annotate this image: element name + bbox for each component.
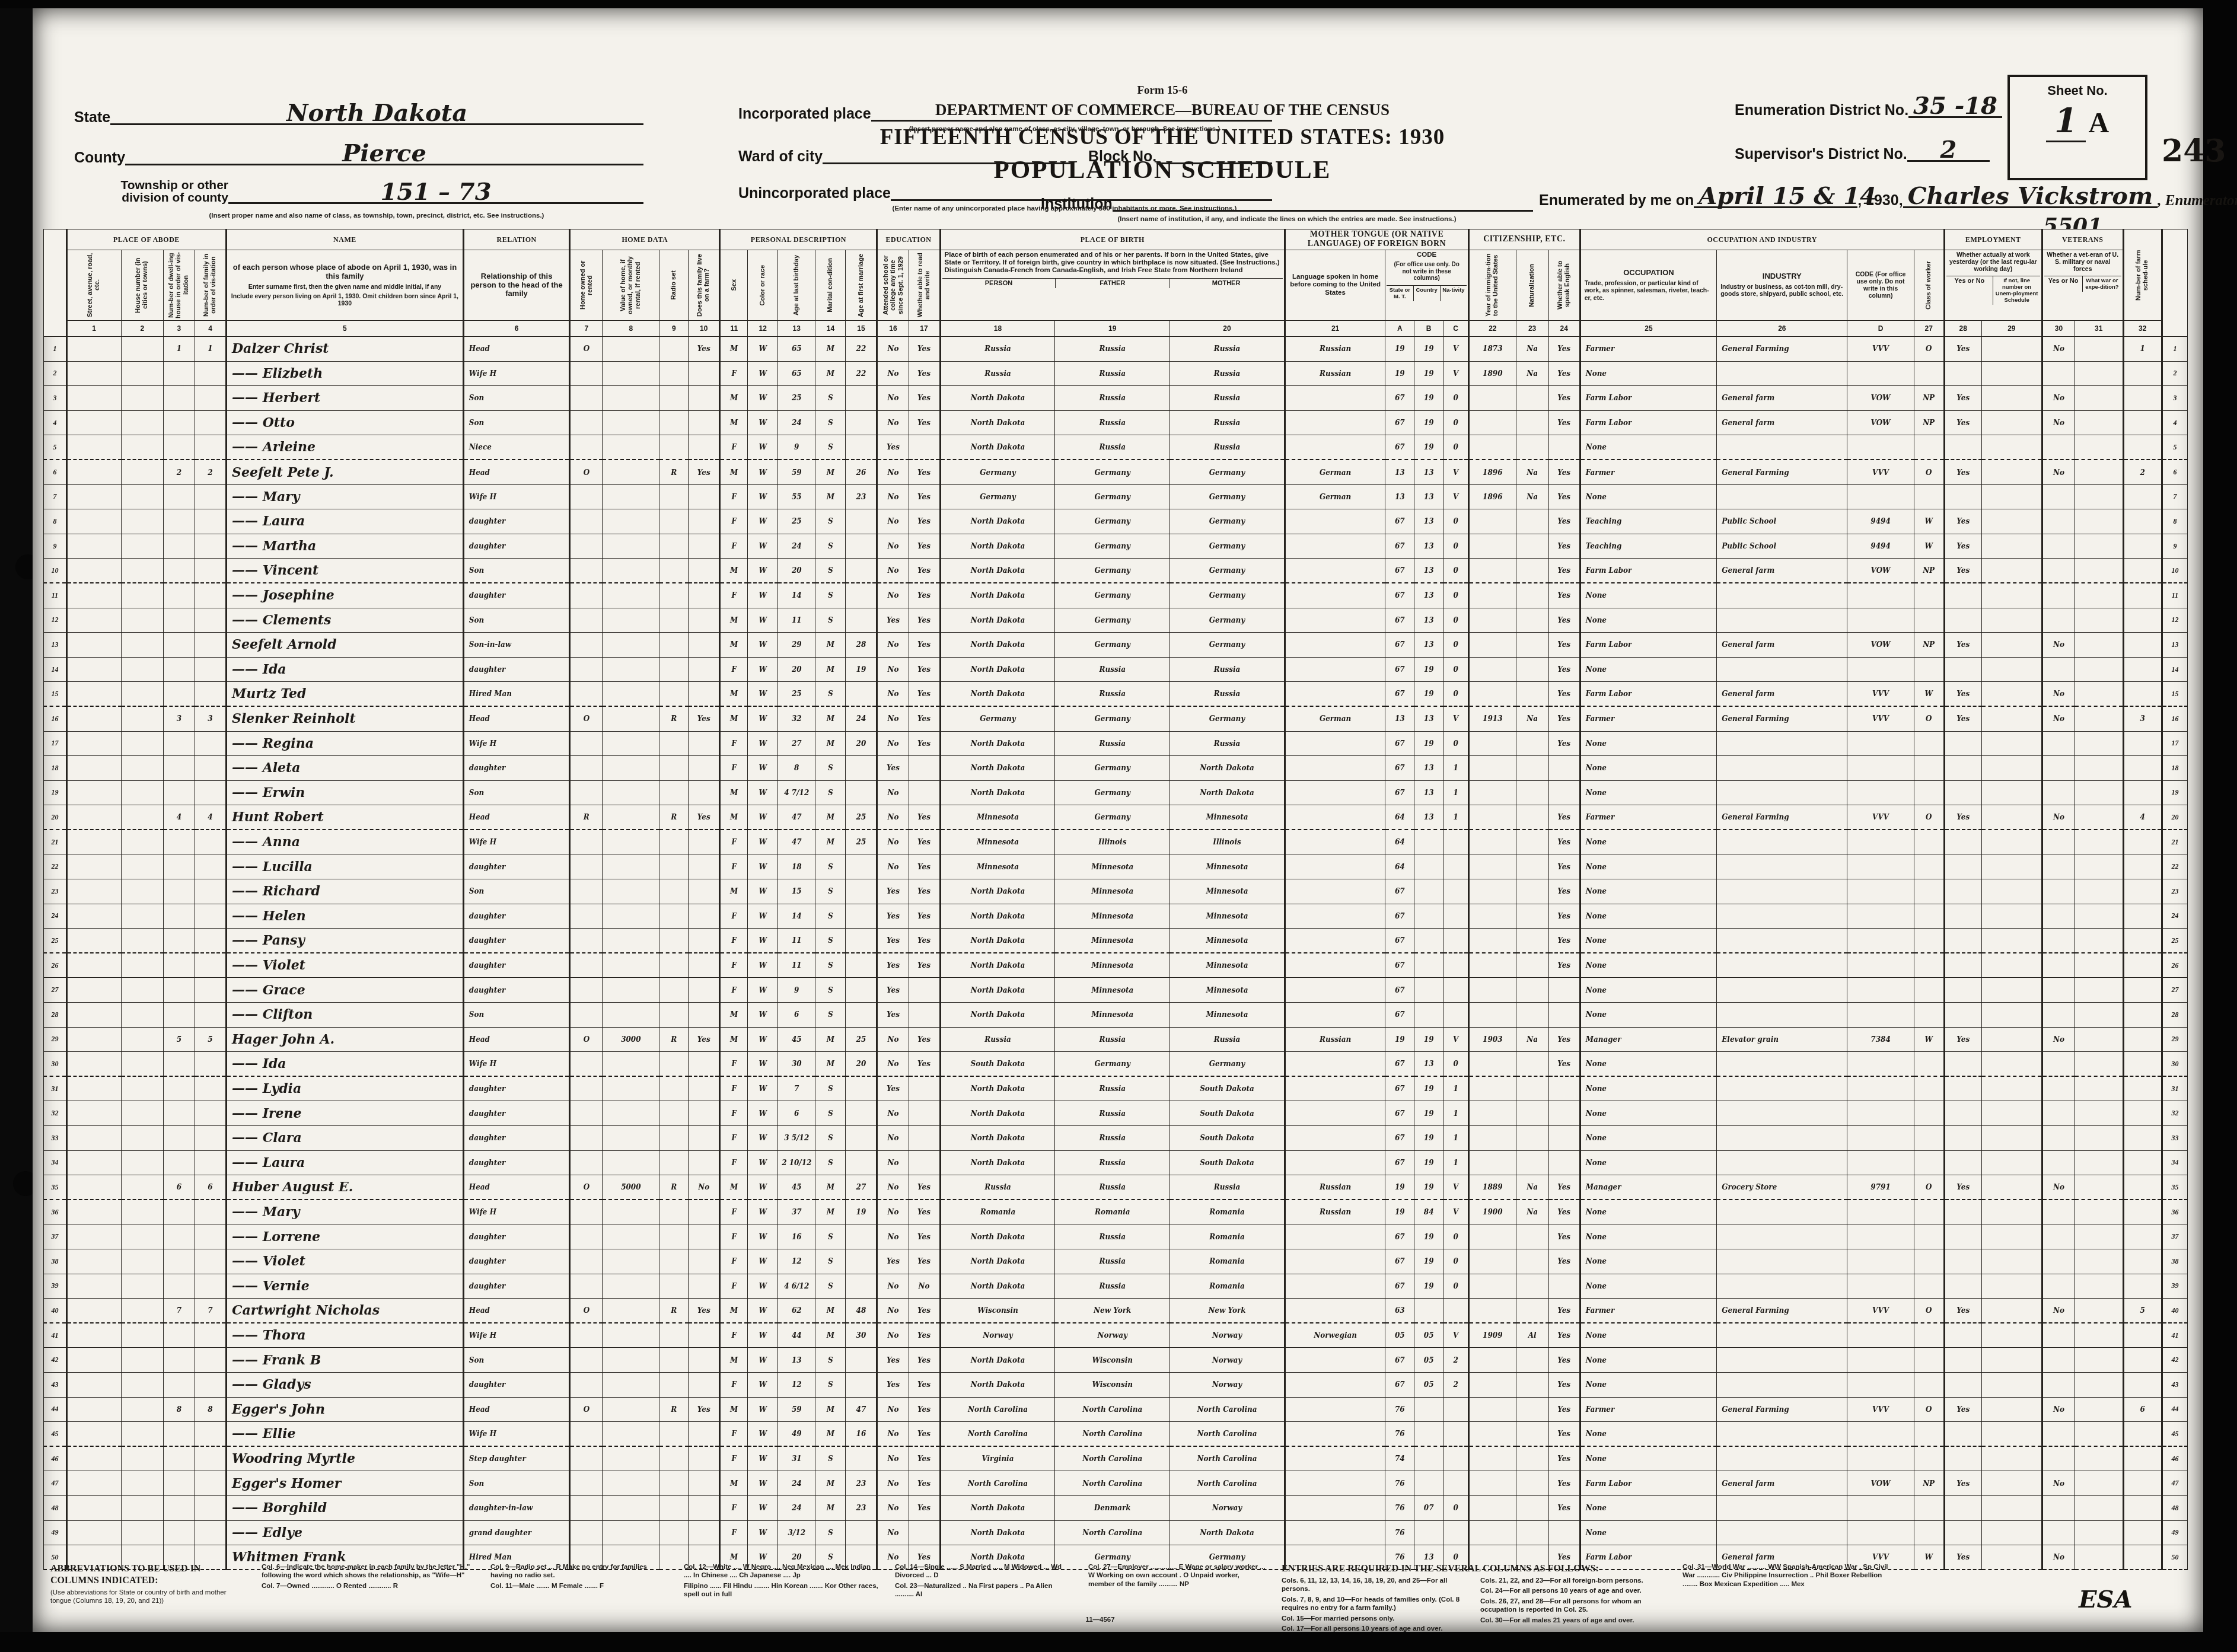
person-row-4: 4—— OttoSonMW24SNoYesNorth DakotaRussiaR… xyxy=(44,410,2188,435)
person-row-11: 11—— JosephinedaughterFW14SNoYesNorth Da… xyxy=(44,583,2188,608)
block-label: Block No. xyxy=(1088,149,1156,164)
enumeration-district-field: Enumeration District No. 35 -18 xyxy=(1735,96,1990,118)
scan-top-edge xyxy=(0,0,2237,8)
col27-block: Col. 27—Employer .............. E Wage o… xyxy=(1088,1563,1266,1590)
person-row-2: 2—— ElizbethWife HFW65M22NoYesRussiaRuss… xyxy=(44,361,2188,386)
person-row-23: 23—— RichardSonMW15SYesYesNorth DakotaMi… xyxy=(44,879,2188,904)
person-row-48: 48—— Borghilddaughter-in-lawFW24M23NoYes… xyxy=(44,1495,2188,1520)
person-row-45: 45—— EllieWife HFW49M16NoYesNorth Caroli… xyxy=(44,1422,2188,1447)
unincorporated-label: Unincorporated place xyxy=(738,186,891,201)
scan-left-edge xyxy=(0,0,33,1652)
col6-7-block: Col. 6—Indicate the home-maker in each f… xyxy=(262,1563,475,1592)
enumerated-year: , 1930, xyxy=(1857,193,1903,208)
footer-legend: ABBREVIATIONS TO BE USED IN COLUMNS INDI… xyxy=(50,1563,2055,1638)
person-row-25: 25—— PansydaughterFW11SYesYesNorth Dakot… xyxy=(44,929,2188,953)
person-row-37: 37—— LorrenedaughterFW16SNoYesNorth Dako… xyxy=(44,1224,2188,1249)
supervisor-district-field: Supervisor's District No. 2 xyxy=(1735,140,1990,162)
incorporated-note: (Insert proper name and also name of cla… xyxy=(851,126,1278,133)
person-row-6: 622Seefelt Pete J.HeadORYesMW59M26NoYesG… xyxy=(44,460,2188,484)
person-row-10: 10—— VincentSonMW20SNoYesNorth DakotaGer… xyxy=(44,559,2188,583)
person-row-32: 32—— IrenedaughterFW6SNoNorth DakotaRuss… xyxy=(44,1101,2188,1126)
enumerated-label: Enumerated by me on xyxy=(1539,193,1694,208)
entries-list-b: Cols. 21, 22, and 23—For all foreign-bor… xyxy=(1480,1577,1667,1635)
print-code: 11—4567 xyxy=(982,1616,1219,1624)
col31-block: Col. 31—World War .......... WW Spanish-… xyxy=(1682,1563,1896,1590)
person-row-22: 22—— LucilladaughterFW18SNoYesMinnesotaM… xyxy=(44,854,2188,879)
enumerated-field: Enumerated by me on April 15 & 14 , 1930… xyxy=(1539,186,2191,208)
entries-required-block: ENTRIES ARE REQUIRED IN THE SEVERAL COLU… xyxy=(1282,1563,1667,1638)
person-row-31: 31—— LydiadaughterFW7SYesNorth DakotaRus… xyxy=(44,1076,2188,1101)
person-row-47: 47Egger's HomerSonMW24M23NoYesNorth Caro… xyxy=(44,1471,2188,1496)
person-row-19: 19—— ErwinSonMW4 7/12SNoNorth DakotaGerm… xyxy=(44,780,2188,805)
col9-11-block: Col. 9—Radio set ... R Make no entry for… xyxy=(490,1563,668,1592)
person-row-21: 21—— AnnaWife HFW47M25NoYesMinnesotaIlli… xyxy=(44,830,2188,854)
enumerator-suffix: , Enumerator. xyxy=(2158,193,2237,208)
person-row-33: 33—— ClaradaughterFW3 5/12SNoNorth Dakot… xyxy=(44,1126,2188,1151)
form-number: Form 15-6 xyxy=(792,84,1533,97)
supervisor-district-label: Supervisor's District No. xyxy=(1735,147,1907,162)
person-row-5: 5—— ArleineNieceFW9SYesNorth DakotaRussi… xyxy=(44,435,2188,460)
abbreviations-block: ABBREVIATIONS TO BE USED IN COLUMNS INDI… xyxy=(50,1563,246,1608)
person-row-39: 39—— VerniedaughterFW4 6/12SNoNoNorth Da… xyxy=(44,1274,2188,1299)
person-row-26: 26—— VioletdaughterFW11SYesYesNorth Dako… xyxy=(44,953,2188,978)
person-row-35: 3566Huber August E.HeadO5000RNoMW45M27No… xyxy=(44,1175,2188,1200)
person-row-30: 30—— IdaWife HFW30M20NoYesSouth DakotaGe… xyxy=(44,1052,2188,1077)
incorporated-field: Incorporated place xyxy=(738,107,1272,122)
person-row-36: 36—— MaryWife HFW37M19NoYesRomaniaRomani… xyxy=(44,1200,2188,1224)
county-value: Pierce xyxy=(125,143,643,165)
person-row-42: 42—— Frank BSonMW13SYesYesNorth DakotaWi… xyxy=(44,1348,2188,1373)
ward-label: Ward of city xyxy=(738,149,823,164)
census-scan-page: { "header": { "form_no": "Form 15-6", "d… xyxy=(0,0,2237,1652)
enumerator-name: Charles Vickstrom xyxy=(1903,186,2158,208)
population-schedule-table: PLACE OF ABODE NAME RELATION HOME DATA P… xyxy=(43,229,2188,1570)
col14-23-block: Col. 14—Single ...... S Married ..... M … xyxy=(895,1563,1073,1601)
person-row-1: 111Dalzer ChristHeadOYesMW65M22NoYesRuss… xyxy=(44,337,2188,362)
ward-field: Ward of city xyxy=(738,149,1070,164)
person-row-16: 1633Slenker ReinholtHeadORYesMW32M24NoYe… xyxy=(44,706,2188,731)
person-row-7: 7—— MaryWife HFW55M23NoYesGermanyGermany… xyxy=(44,484,2188,509)
col12-block: Col. 12—White .... W Negro .... Neg Mexi… xyxy=(684,1563,879,1601)
handwritten-esa: ESA xyxy=(2079,1586,2132,1613)
person-row-24: 24—— HelendaughterFW14SYesYesNorth Dakot… xyxy=(44,904,2188,929)
person-row-29: 2955Hager John A.HeadO3000RYesMW45M25NoY… xyxy=(44,1027,2188,1052)
sheet-number-box: Sheet No. 1 A xyxy=(2007,75,2147,180)
institution-field: Institution xyxy=(1041,197,1533,212)
page-stamp: 243 xyxy=(2162,133,2226,169)
county-label: County xyxy=(74,151,125,165)
incorporated-label: Incorporated place xyxy=(738,107,871,122)
township-field: Township or other division of county 151… xyxy=(74,179,643,204)
enumerated-date: April 15 & 14 xyxy=(1694,186,1857,208)
institution-label: Institution xyxy=(1041,197,1113,212)
state-label: State xyxy=(74,110,110,125)
person-row-40: 4077Cartwright NicholasHeadORYesMW62M48N… xyxy=(44,1299,2188,1323)
person-row-12: 12—— ClementsSonMW11SYesYesNorth DakotaG… xyxy=(44,608,2188,633)
supervisor-district-value: 2 xyxy=(1907,140,1990,162)
person-row-3: 3—— HerbertSonMW25SNoYesNorth DakotaRuss… xyxy=(44,386,2188,411)
block-field: Block No. xyxy=(1088,149,1272,164)
person-row-18: 18—— AletadaughterFW8SYesNorth DakotaGer… xyxy=(44,756,2188,781)
census-form-paper: Form 15-6 DEPARTMENT OF COMMERCE—BUREAU … xyxy=(33,8,2203,1632)
state-value: North Dakota xyxy=(110,103,643,125)
person-row-49: 49—— Edlyegrand daughterFW3/12SNoNorth D… xyxy=(44,1520,2188,1545)
scan-right-edge xyxy=(2203,0,2237,1652)
person-row-15: 15Murtz TedHired ManMW25SNoYesNorth Dako… xyxy=(44,682,2188,707)
state-field: State North Dakota xyxy=(74,103,643,125)
entries-list-a: Cols. 6, 11, 12, 13, 14, 16, 18, 19, 20,… xyxy=(1282,1577,1468,1635)
person-row-41: 41—— ThoraWife HFW44M30NoYesNorwayNorway… xyxy=(44,1323,2188,1348)
person-row-28: 28—— CliftonSonMW6SYesNorth DakotaMinnes… xyxy=(44,1003,2188,1028)
enumeration-district-label: Enumeration District No. xyxy=(1735,103,1908,118)
person-row-9: 9—— MarthadaughterFW24SNoYesNorth Dakota… xyxy=(44,534,2188,559)
institution-note: (Insert name of institution, if any, and… xyxy=(1041,216,1533,223)
person-row-43: 43—— GladysdaughterFW12SYesYesNorth Dako… xyxy=(44,1372,2188,1397)
township-label: Township or other division of county xyxy=(74,179,228,204)
person-row-13: 13Seefelt ArnoldSon-in-lawMW29M28NoYesNo… xyxy=(44,633,2188,658)
person-row-17: 17—— ReginaWife HFW27M20NoYesNorth Dakot… xyxy=(44,731,2188,756)
person-row-44: 4488Egger's JohnHeadORYesMW59M47NoYesNor… xyxy=(44,1397,2188,1422)
person-row-46: 46Woodring MyrtleStep daughterFW31SNoYes… xyxy=(44,1446,2188,1471)
person-row-20: 2044Hunt RobertHeadRRYesMW47M25NoYesMinn… xyxy=(44,805,2188,830)
person-row-38: 38—— VioletdaughterFW12SYesYesNorth Dako… xyxy=(44,1249,2188,1274)
sheet-label: Sheet No. xyxy=(2010,83,2145,98)
sheet-letter: A xyxy=(2088,107,2109,139)
township-note: (Insert proper name and also name of cla… xyxy=(104,212,649,219)
person-row-8: 8—— LauradaughterFW25SNoYesNorth DakotaG… xyxy=(44,509,2188,534)
township-value: 151 – 73 xyxy=(228,182,643,204)
enumeration-district-value: 35 -18 xyxy=(1908,96,2002,118)
person-row-27: 27—— GracedaughterFW9SYesNorth DakotaMin… xyxy=(44,978,2188,1003)
person-row-34: 34—— LauradaughterFW2 10/12SNoNorth Dako… xyxy=(44,1150,2188,1175)
sheet-value: 1 xyxy=(2046,101,2086,142)
county-field: County Pierce xyxy=(74,143,643,165)
person-row-14: 14—— IdadaughterFW20M19NoYesNorth Dakota… xyxy=(44,657,2188,682)
